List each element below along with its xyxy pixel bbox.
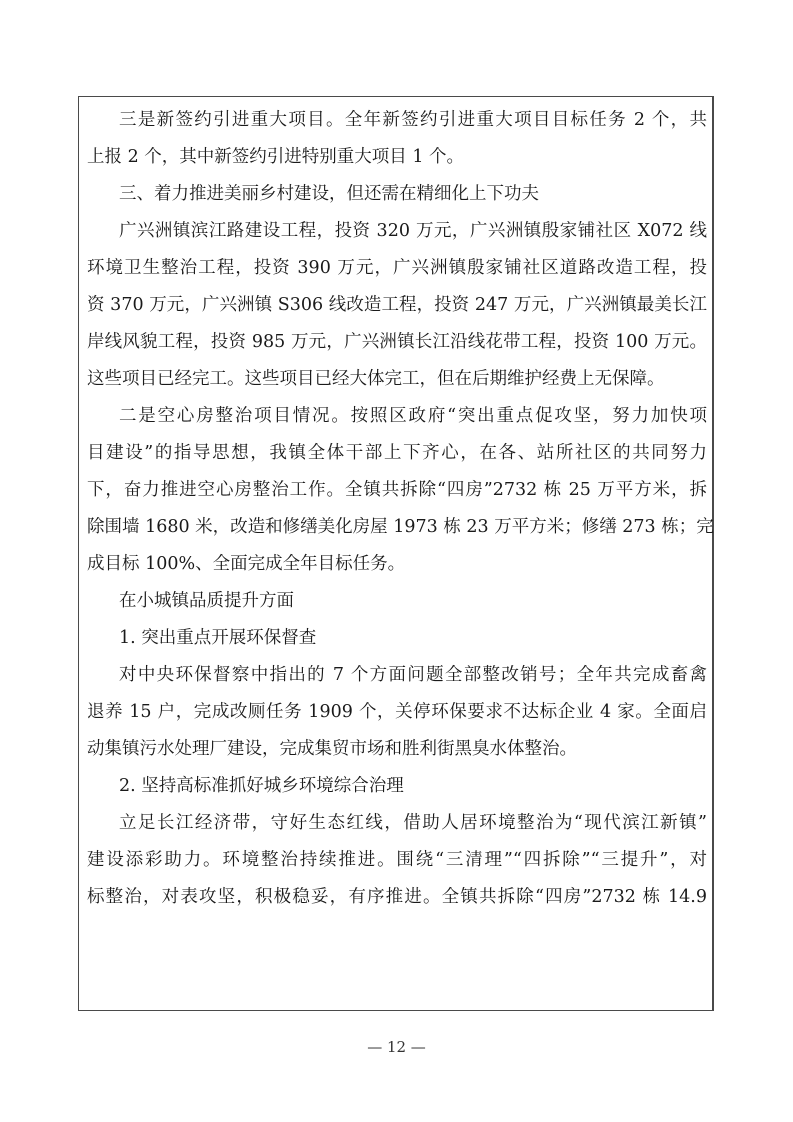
paragraph-line: 岸线风貌工程，投资 985 万元，广兴洲镇长江沿线花带工程，投资 100 万元。 xyxy=(87,329,707,355)
paragraph-line: 退养 15 户，完成改厕任务 1909 个，关停环保要求不达标企业 4 家。全面… xyxy=(87,699,707,725)
paragraph-line: 标整治，对表攻坚，积极稳妥，有序推进。全镇共拆除“四房”2732 栋 14.9 xyxy=(87,884,707,910)
paragraph-line: 环境卫生整治工程，投资 390 万元，广兴洲镇殷家铺社区道路改造工程，投 xyxy=(87,255,707,281)
paragraph-line: 资 370 万元，广兴洲镇 S306 线改造工程，投资 247 万元，广兴洲镇最… xyxy=(87,292,707,318)
subsection-heading: 1. 突出重点开展环保督查 xyxy=(119,625,707,651)
paragraph-line: 三是新签约引进重大项目。全年新签约引进重大项目目标任务 2 个，共 xyxy=(119,107,707,133)
paragraph-line: 成目标 100%、全面完成全年目标任务。 xyxy=(87,551,707,577)
paragraph-line: 上报 2 个，其中新签约引进特别重大项目 1 个。 xyxy=(87,144,707,170)
paragraph-line: 这些项目已经完工。这些项目已经大体完工，但在后期维护经费上无保障。 xyxy=(87,366,707,392)
page-number: — 12 — xyxy=(0,1038,793,1056)
paragraph-line: 目建设”的指导思想，我镇全体干部上下齐心，在各、站所社区的共同努力 xyxy=(87,440,707,466)
paragraph-line: 广兴洲镇滨江路建设工程，投资 320 万元，广兴洲镇殷家铺社区 X072 线 xyxy=(119,218,707,244)
section-heading: 三、着力推进美丽乡村建设，但还需在精细化上下功夫 xyxy=(119,181,707,207)
paragraph-line: 建设添彩助力。环境整治持续推进。围绕“三清理”“四拆除”“三提升”，对 xyxy=(87,847,707,873)
paragraph-line: 动集镇污水处理厂建设，完成集贸市场和胜利街黑臭水体整治。 xyxy=(87,736,707,762)
paragraph-line: 除围墙 1680 米，改造和修缮美化房屋 1973 栋 23 万平方米；修缮 2… xyxy=(87,514,707,540)
subsection-heading: 2. 坚持高标准抓好城乡环境综合治理 xyxy=(119,773,707,799)
section-heading: 在小城镇品质提升方面 xyxy=(119,588,707,614)
paragraph-line: 二是空心房整治项目情况。按照区政府“突出重点促攻坚，努力加快项 xyxy=(119,403,707,429)
paragraph-line: 对中央环保督察中指出的 7 个方面问题全部整改销号；全年共完成畜禽 xyxy=(119,662,707,688)
paragraph-line: 下，奋力推进空心房整治工作。全镇共拆除“四房”2732 栋 25 万平方米，拆 xyxy=(87,477,707,503)
paragraph-line: 立足长江经济带，守好生态红线，借助人居环境整治为“现代滨江新镇” xyxy=(119,810,707,836)
